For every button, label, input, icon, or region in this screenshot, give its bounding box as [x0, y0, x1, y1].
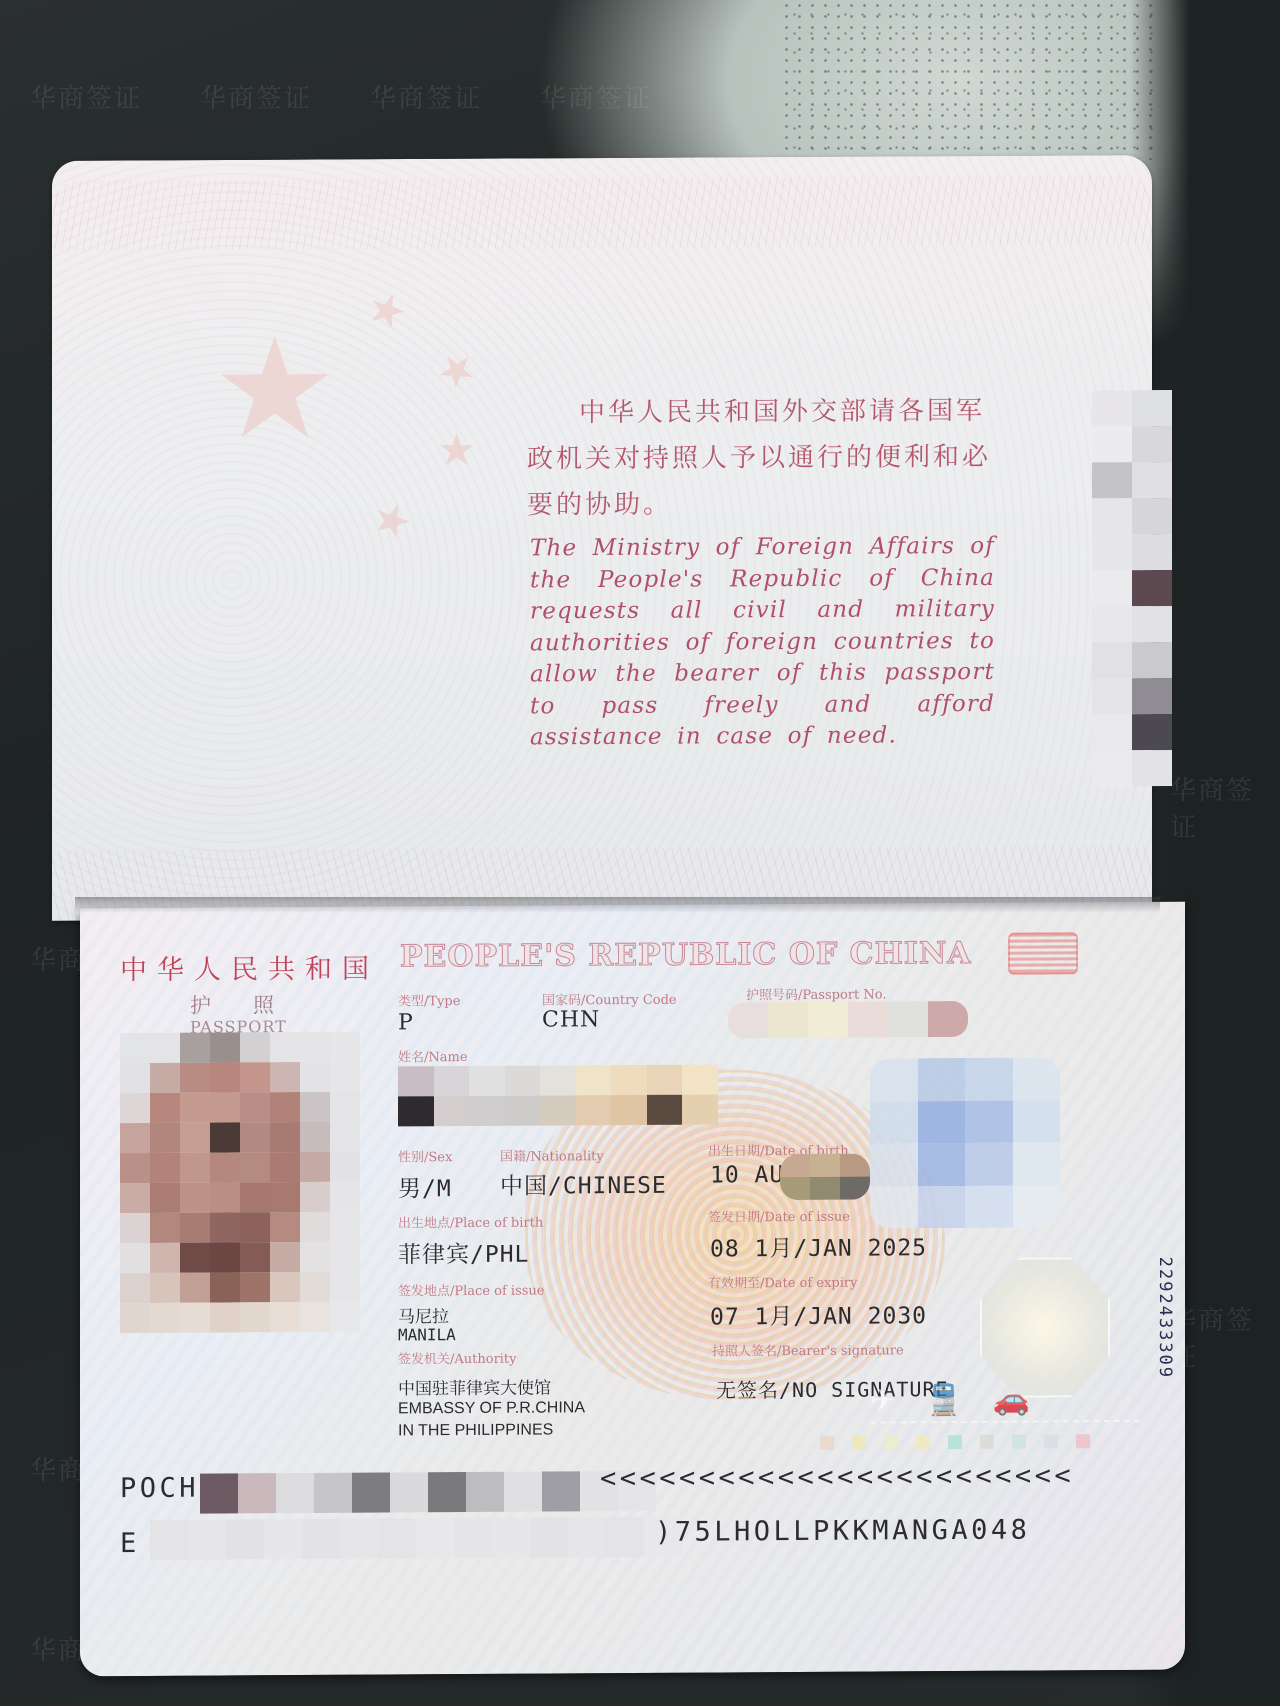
mrz-line2-end: )75LHOLLPKKMANGA048 [655, 1515, 1030, 1548]
watermark: 华商签证 [370, 78, 482, 115]
passport-data-page: 中华人民共和国 PEOPLE'S REPUBLIC OF CHINA 护照 PA… [80, 902, 1185, 1677]
ghost-photo-redacted [870, 1057, 1060, 1228]
country-name-chinese: 中华人民共和国 [120, 947, 379, 988]
guilloche-pattern [52, 175, 1152, 251]
request-text-english: The Ministry of Foreign Affairs of the P… [530, 531, 995, 754]
name-label: 姓名/Name [398, 1046, 468, 1065]
mrz-line2-redacted [150, 1517, 682, 1560]
place-of-birth-label: 出生地点/Place of birth [398, 1212, 543, 1232]
small-star-icon: ★ [427, 341, 486, 400]
bearer-photo-pixelated [120, 1032, 360, 1333]
vehicle-hologram-icons: ✈🚆🚗 [870, 1382, 1140, 1424]
large-star-icon: ★ [212, 319, 338, 460]
date-of-issue-value: 08 1月/JAN 2025 [710, 1229, 927, 1263]
color-chip-strip [820, 1434, 1090, 1450]
page-fold-shadow [75, 897, 1160, 913]
place-of-birth-value: 菲律宾/PHL [398, 1236, 529, 1270]
redacted-strip [1092, 390, 1172, 895]
mrz-line1-filler: <<<<<<<<<<<<<<<<<<<<<<<< [600, 1460, 1074, 1494]
sex-label: 性别/Sex [398, 1146, 452, 1165]
watermark: 华商签证 [200, 78, 312, 115]
country-name-english: PEOPLE'S REPUBLIC OF CHINA [400, 936, 972, 974]
small-star-icon: ★ [366, 494, 418, 549]
request-text-chinese: 中华人民共和国外交部请各国军政机关对持照人予以通行的便利和必要的协助。 [527, 388, 1007, 529]
nationality-label: 国籍/Nationality [500, 1145, 604, 1165]
date-of-expiry-label: 有效期至/Date of expiry [708, 1272, 857, 1292]
passport-number-label: 护照号码/Passport No. [746, 983, 886, 1003]
type-value: P [398, 1010, 414, 1035]
place-of-issue-value-en: MANILA [398, 1324, 456, 1345]
watermark: 华商签证 [540, 78, 652, 115]
authority-value-en-line1: EMBASSY OF P.R.CHINA [398, 1397, 585, 1419]
passport-number-redacted [728, 1001, 968, 1038]
signature-label: 持照人签名/Bearer's signature [712, 1339, 904, 1359]
authority-value-en-line2: IN THE PHILIPPINES [398, 1419, 553, 1441]
small-star-icon: ★ [437, 429, 476, 473]
type-label: 类型/Type [398, 990, 460, 1009]
date-of-birth-redacted [780, 1154, 870, 1201]
country-code-value: CHN [542, 1007, 600, 1032]
nationality-value: 中国/CHINESE [500, 1167, 667, 1201]
sex-value: 男/M [398, 1170, 452, 1203]
countertop-texture [780, 0, 1160, 160]
small-star-icon: ★ [361, 284, 413, 339]
date-of-birth-value: 10 AU [710, 1162, 784, 1188]
name-redacted [398, 1064, 718, 1126]
authority-value-cn: 中国驻菲律宾大使馆 [398, 1373, 551, 1399]
date-of-issue-label: 签发日期/Date of issue [708, 1206, 850, 1226]
place-of-issue-label: 签发地点/Place of issue [398, 1280, 544, 1300]
watermark: 华商签证 [30, 78, 142, 115]
authority-label: 签发机关/Authority [398, 1348, 517, 1368]
mrz-line2-start: E [120, 1528, 140, 1559]
country-code-label: 国家码/Country Code [542, 989, 677, 1009]
document-type-chinese: 护照 [190, 989, 316, 1020]
mrz-line1-redacted [200, 1471, 656, 1514]
serial-number-vertical: 2292433309 [1155, 1257, 1175, 1379]
passport-request-page: ★ ★ ★ ★ ★ 中华人民共和国外交部请各国军政机关对持照人予以通行的便利和必… [52, 155, 1152, 921]
national-emblem-icon [1008, 932, 1078, 974]
date-of-expiry-value: 07 1月/JAN 2030 [710, 1297, 927, 1331]
